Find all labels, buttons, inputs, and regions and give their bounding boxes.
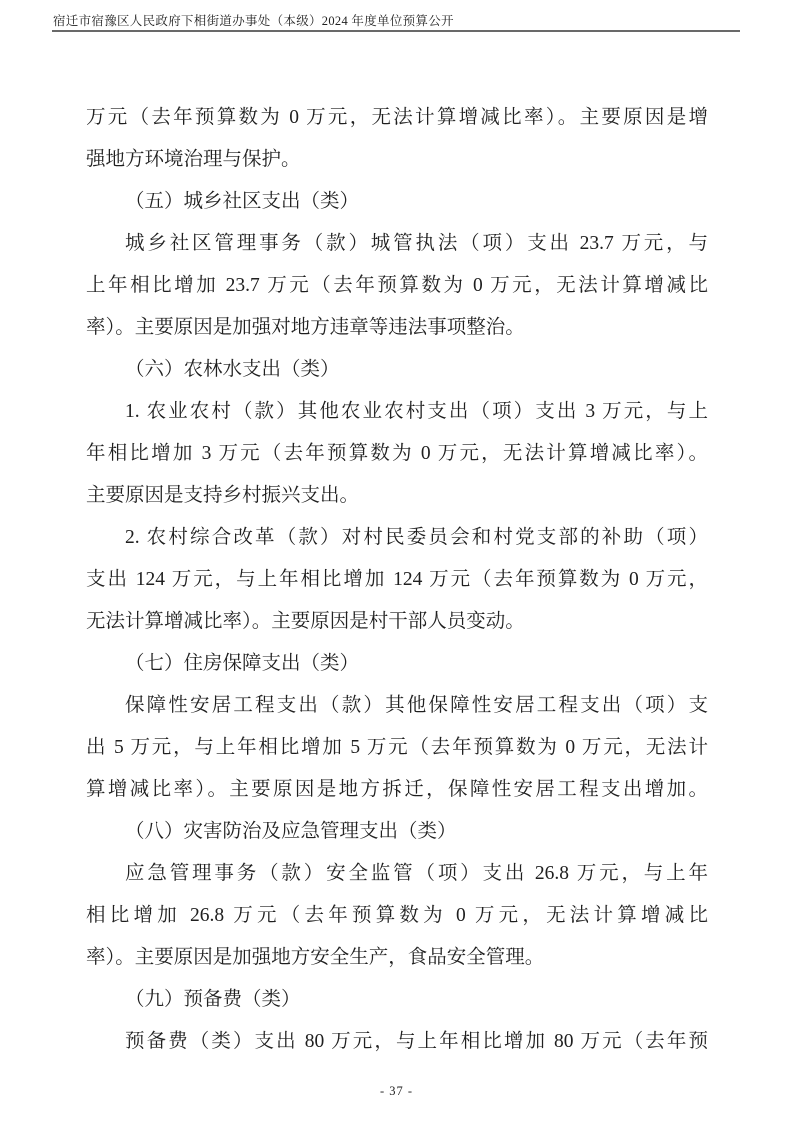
text-line: 相比增加 26.8 万元（去年预算数为 0 万元，无法计算增减比 (86, 895, 708, 937)
text-line: 算增减比率）。主要原因是地方拆迁，保障性安居工程支出增加。 (86, 769, 708, 811)
text-line: 强地方环境治理与保护。 (86, 139, 708, 181)
document-body: 万元（去年预算数为 0 万元，无法计算增减比率）。主要原因是增 强地方环境治理与… (86, 97, 708, 1063)
text-line: （六）农林水支出（类） (86, 349, 708, 391)
text-line: 应急管理事务（款）安全监管（项）支出 26.8 万元，与上年 (86, 853, 708, 895)
text-line: 万元（去年预算数为 0 万元，无法计算增减比率）。主要原因是增 (86, 97, 708, 139)
text-line: 率）。主要原因是加强对地方违章等违法事项整治。 (86, 307, 708, 349)
text-line: 主要原因是支持乡村振兴支出。 (86, 475, 708, 517)
text-line: （八）灾害防治及应急管理支出（类） (86, 811, 708, 853)
text-line: 支出 124 万元，与上年相比增加 124 万元（去年预算数为 0 万元， (86, 559, 708, 601)
text-line: （九）预备费（类） (86, 979, 708, 1021)
document-page: 宿迁市宿豫区人民政府下相街道办事处（本级）2024 年度单位预算公开 万元（去年… (0, 0, 793, 1122)
text-line: 无法计算增减比率）。主要原因是村干部人员变动。 (86, 601, 708, 643)
text-line: 城乡社区管理事务（款）城管执法（项）支出 23.7 万元，与 (86, 223, 708, 265)
text-line: （七）住房保障支出（类） (86, 643, 708, 685)
text-line: 出 5 万元，与上年相比增加 5 万元（去年预算数为 0 万元，无法计 (86, 727, 708, 769)
text-line: 年相比增加 3 万元（去年预算数为 0 万元，无法计算增减比率）。 (86, 433, 708, 475)
text-line: 率）。主要原因是加强地方安全生产，食品安全管理。 (86, 937, 708, 979)
text-line: 上年相比增加 23.7 万元（去年预算数为 0 万元，无法计算增减比 (86, 265, 708, 307)
page-number: - 37 - (380, 1084, 413, 1098)
text-line: 2. 农村综合改革（款）对村民委员会和村党支部的补助（项） (86, 517, 708, 559)
page-footer: - 37 - (0, 1082, 793, 1100)
text-line: 预备费（类）支出 80 万元，与上年相比增加 80 万元（去年预 (86, 1021, 708, 1063)
text-line: （五）城乡社区支出（类） (86, 181, 708, 223)
text-line: 保障性安居工程支出（款）其他保障性安居工程支出（项）支 (86, 685, 708, 727)
text-line: 1. 农业农村（款）其他农业农村支出（项）支出 3 万元，与上 (86, 391, 708, 433)
header-title: 宿迁市宿豫区人民政府下相街道办事处（本级）2024 年度单位预算公开 (53, 11, 454, 29)
header-rule (52, 30, 740, 32)
